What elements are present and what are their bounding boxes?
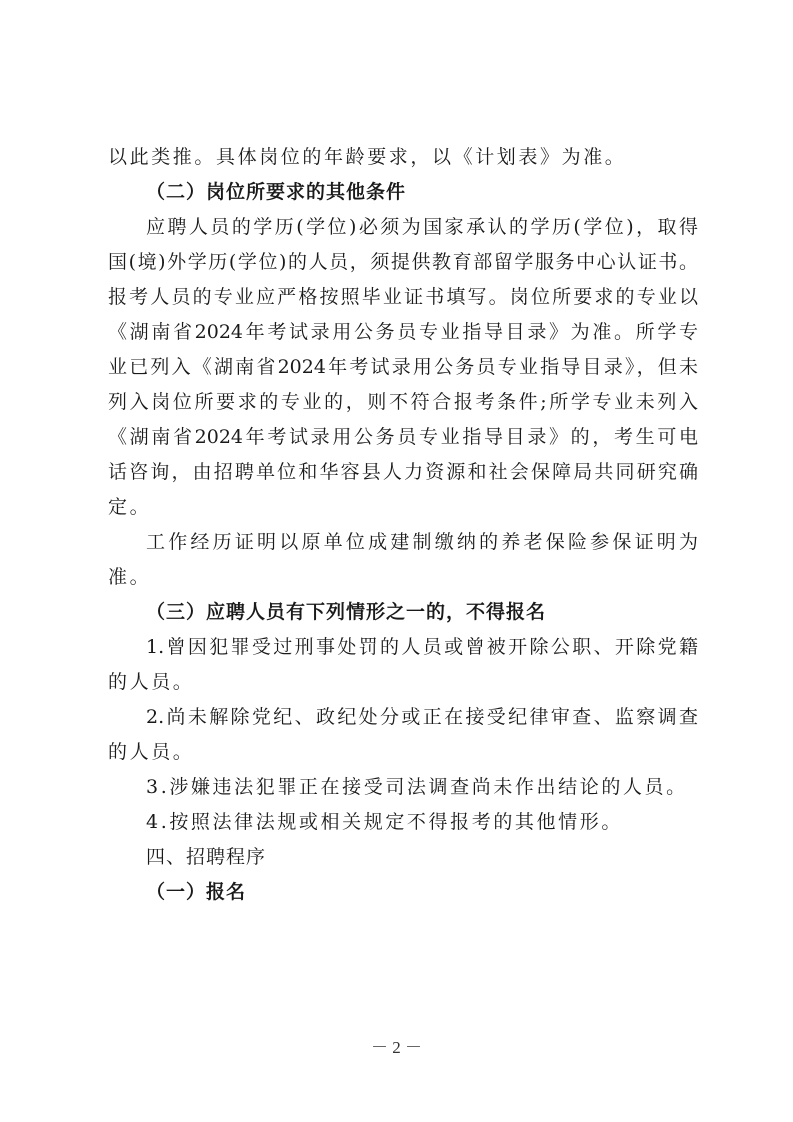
list-item-2-cont: 的人员。 (108, 741, 698, 763)
subheading-registration: （一）报名 (146, 881, 698, 903)
list-item-2: 2.尚未解除党纪、政纪处分或正在接受纪律审查、监察调查 (146, 706, 698, 728)
section-heading-recruitment-procedure: 四、招聘程序 (146, 846, 698, 868)
paragraph-line: 业已列入《湖南省2024年考试录用公务员专业指导目录》，但未 (108, 356, 698, 378)
subheading-other-conditions: （二）岗位所要求的其他条件 (146, 181, 698, 203)
subheading-disqualifications: （三）应聘人员有下列情形之一的，不得报名 (146, 601, 698, 623)
paragraph-line: 国(境)外学历(学位)的人员，须提供教育部留学服务中心认证书。 (108, 251, 698, 273)
paragraph-line: 《湖南省2024年考试录用公务员专业指导目录》的，考生可电 (108, 426, 698, 448)
page-number: － 2 － (0, 1033, 793, 1058)
list-item-4: 4.按照法律法规或相关规定不得报考的其他情形。 (146, 811, 698, 833)
list-item-3: 3.涉嫌违法犯罪正在接受司法调查尚未作出结论的人员。 (146, 776, 698, 798)
paragraph-line: 话咨询，由招聘单位和华容县人力资源和社会保障局共同研究确 (108, 461, 698, 483)
paragraph-line: 应聘人员的学历(学位)必须为国家承认的学历(学位)，取得 (146, 216, 698, 238)
list-item-1: 1.曾因犯罪受过刑事处罚的人员或曾被开除公职、开除党籍 (146, 636, 698, 658)
paragraph-line: 报考人员的专业应严格按照毕业证书填写。岗位所要求的专业以 (108, 286, 698, 308)
paragraph-line: 定。 (108, 496, 698, 518)
paragraph-line: 《湖南省2024年考试录用公务员专业指导目录》为准。所学专 (108, 321, 698, 343)
paragraph-line: 列入岗位所要求的专业的，则不符合报考条件;所学专业未列入 (108, 391, 698, 413)
paragraph-line: 以此类推。具体岗位的年龄要求，以《计划表》为准。 (108, 146, 698, 168)
paragraph-line: 工作经历证明以原单位成建制缴纳的养老保险参保证明为 (146, 531, 698, 553)
list-item-1-cont: 的人员。 (108, 671, 698, 693)
paragraph-line: 准。 (108, 566, 698, 588)
